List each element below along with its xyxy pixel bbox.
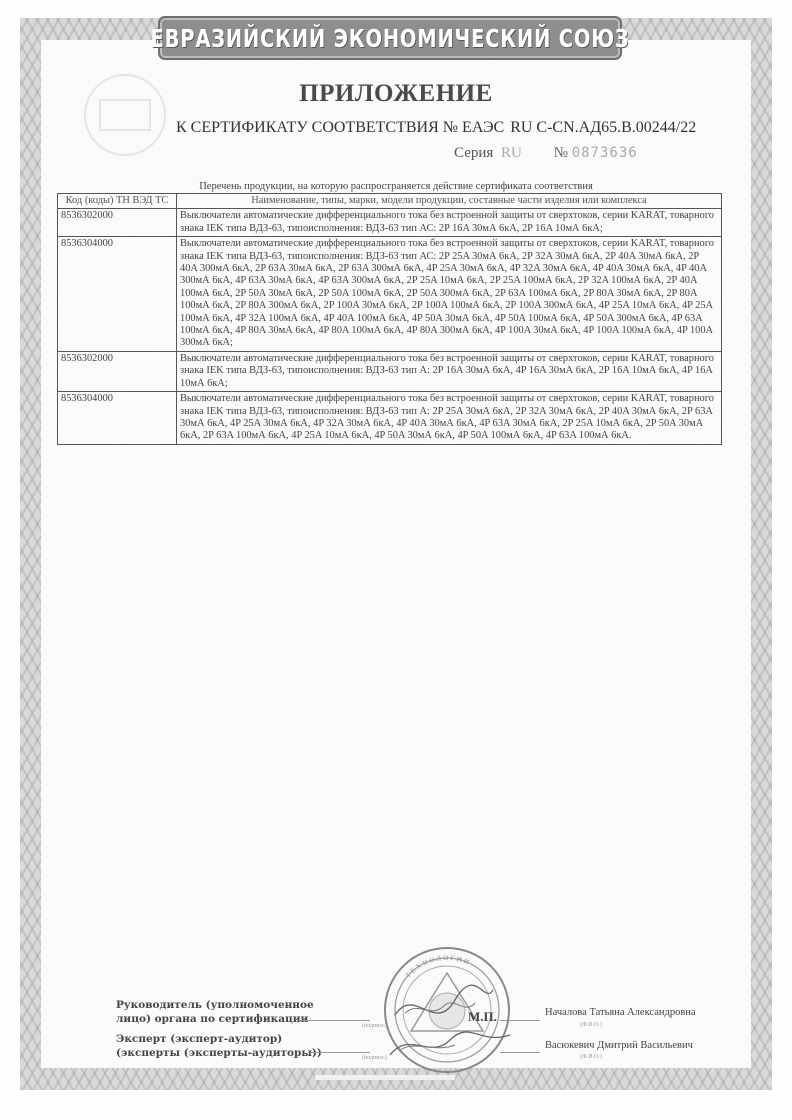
- certificate-reference: К СЕРТИФИКАТУ СООТВЕТСТВИЯ № ЕАЭСRU C-CN…: [176, 119, 696, 137]
- certificate-prefix: К СЕРТИФИКАТУ СООТВЕТСТВИЯ № ЕАЭС: [176, 119, 504, 136]
- table-row: 8536302000 Выключатели автоматические ди…: [58, 351, 722, 391]
- expert-label-line2: (эксперты (эксперты-аудиторы)): [116, 1047, 322, 1059]
- table-row: 8536304000 Выключатели автоматические ди…: [58, 237, 722, 352]
- certificate-number: RU C-CN.АД65.В.00244/22: [510, 119, 696, 136]
- head-label-line1: Руководитель (уполномоченное: [116, 999, 314, 1011]
- head-label-line2: лицо) органа по сертификации: [116, 1013, 308, 1025]
- head-signature-line-left: [300, 1020, 370, 1021]
- table-caption: Перечень продукции, на которую распростр…: [0, 181, 792, 192]
- number-label: №: [554, 145, 568, 161]
- expert-label-line1: Эксперт (эксперт-аудитор): [116, 1033, 282, 1045]
- signature-labels: Руководитель (уполномоченное лицо) орган…: [116, 998, 322, 1066]
- row-code: 8536302000: [58, 351, 177, 391]
- certificate-border: [20, 18, 772, 1090]
- row-code: 8536304000: [58, 237, 177, 352]
- row-description: Выключатели автоматические дифференциаль…: [177, 392, 722, 445]
- page-title: ПРИЛОЖЕНИЕ: [0, 80, 792, 108]
- expert-signature-line-left: [310, 1052, 370, 1053]
- row-description: Выключатели автоматические дифференциаль…: [177, 237, 722, 352]
- table-row: 8536304000 Выключатели автоматические ди…: [58, 392, 722, 445]
- union-banner: ЕВРАЗИЙСКИЙ ЭКОНОМИЧЕСКИЙ СОЮЗ: [158, 16, 622, 60]
- header-code: Код (коды) ТН ВЭД ТС: [58, 194, 177, 209]
- table-row: 8536302000 Выключатели автоматические ди…: [58, 209, 722, 237]
- table-header-row: Код (коды) ТН ВЭД ТС Наименование, типы,…: [58, 194, 722, 209]
- stamp-mark: М.П.: [468, 1009, 497, 1025]
- row-code: 8536304000: [58, 392, 177, 445]
- footer-strip: [315, 1075, 455, 1080]
- row-code: 8536302000: [58, 209, 177, 237]
- head-label: Руководитель (уполномоченное лицо) орган…: [116, 998, 322, 1026]
- expert-name: Васюкевич Дмитрий Васильевич: [545, 1040, 693, 1051]
- series-value: RU: [501, 145, 522, 161]
- expert-label: Эксперт (эксперт-аудитор) (эксперты (экс…: [116, 1032, 322, 1060]
- products-table: Код (коды) ТН ВЭД ТС Наименование, типы,…: [57, 193, 722, 445]
- header-description: Наименование, типы, марки, модели продук…: [177, 194, 722, 209]
- expert-name-caption: (Ф.И.О.): [580, 1054, 602, 1060]
- row-description: Выключатели автоматические дифференциаль…: [177, 351, 722, 391]
- series-label: Серия: [454, 145, 493, 161]
- head-name: Началова Татьяна Александровна: [545, 1007, 696, 1018]
- serial-number: 0873636: [572, 145, 638, 161]
- head-name-caption: (Ф.И.О.): [580, 1022, 602, 1028]
- row-description: Выключатели автоматические дифференциаль…: [177, 209, 722, 237]
- official-stamp-icon: ТЕХНОЛОГИИ: [375, 945, 520, 1075]
- series-line: Серия RU № 0873636: [454, 145, 638, 162]
- union-banner-text: ЕВРАЗИЙСКИЙ ЭКОНОМИЧЕСКИЙ СОЮЗ: [151, 24, 630, 53]
